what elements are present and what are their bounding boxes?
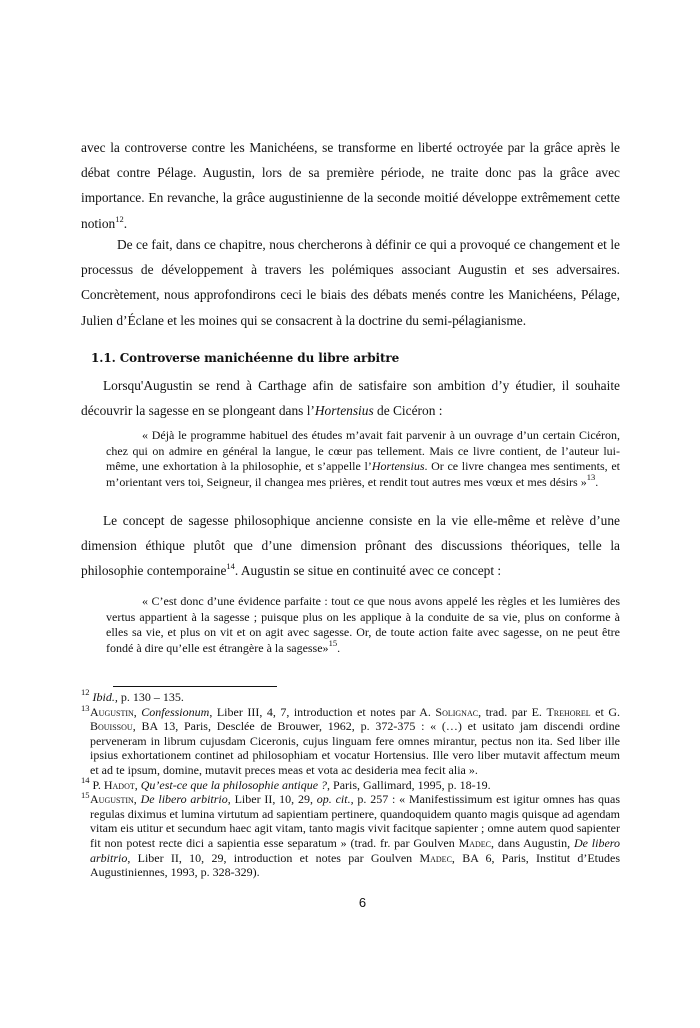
footnote-ref-13[interactable]: 13 xyxy=(587,472,596,482)
block-quote-de-libero-arbitrio: « C’est donc d’une évidence parfaite : t… xyxy=(106,594,620,656)
footnote-13: 13Augustin, Confessionum, Liber III, 4, … xyxy=(81,705,620,778)
footnote-title: Confessionum xyxy=(141,705,209,719)
footnote-name: Solignac xyxy=(435,705,478,719)
footnote-number: 15 xyxy=(81,788,90,803)
quote-text: « C’est donc d’une évidence parfaite : t… xyxy=(106,594,620,655)
paragraph-chapter-aim: De ce fait, dans ce chapitre, nous cherc… xyxy=(81,232,620,333)
paragraph-wisdom-concept: Le concept de sagesse philosophique anci… xyxy=(81,508,620,584)
footnote-text: , Liber II, 10, 29, xyxy=(228,792,317,806)
footnote-number: 14 xyxy=(81,775,90,785)
footnote-title: De libero arbitrio xyxy=(141,792,228,806)
footnote-text: , Liber II, 10, 29, introduction et note… xyxy=(127,851,419,865)
section-heading: 1.1. Controverse manichéenne du libre ar… xyxy=(91,351,399,365)
document-page: avec la controverse contre les Manichéen… xyxy=(0,0,700,1028)
footnote-author: Augustin xyxy=(90,705,134,719)
footnote-text: , Liber III, 4, 7, introduction et notes… xyxy=(209,705,435,719)
footnote-12: 12 Ibid., p. 130 – 135. xyxy=(81,690,620,705)
footnote-text: , BA 13, Paris, Desclée de Brouwer, 1962… xyxy=(90,719,620,777)
footnote-name: Trehorel xyxy=(546,705,590,719)
footnote-text: P. xyxy=(93,778,104,792)
footnote-15: 15Augustin, De libero arbitrio, Liber II… xyxy=(81,792,620,880)
footnotes: 12 Ibid., p. 130 – 135. 13Augustin, Conf… xyxy=(81,690,620,880)
paragraph-text: avec la controverse contre les Manichéen… xyxy=(81,140,620,231)
quote-end: . xyxy=(595,475,598,489)
paragraph-carthage: Lorsqu'Augustin se rend à Carthage afin … xyxy=(81,373,620,423)
footnote-number: 12 xyxy=(81,687,90,697)
italic-title: Hortensius xyxy=(372,459,425,473)
footnote-italic: op. cit., xyxy=(317,792,354,806)
footnote-title: Qu’est-ce que la philosophie antique ? xyxy=(141,778,327,792)
footnote-14: 14 P. Hadot, Qu’est-ce que la philosophi… xyxy=(81,778,620,793)
footnote-name: Madec xyxy=(419,851,451,865)
page-number: 6 xyxy=(0,895,700,910)
footnote-text: , dans Augustin, xyxy=(491,836,574,850)
footnote-author: Augustin xyxy=(90,792,134,806)
paragraph-text-end: de Cicéron : xyxy=(374,403,443,418)
paragraph-text-end: . Augustin se situe en continuité avec c… xyxy=(235,563,501,578)
footnote-italic: Ibid., xyxy=(93,690,118,704)
footnote-sep: , xyxy=(134,792,141,806)
footnote-text: et G. xyxy=(591,705,620,719)
footnote-ref-14[interactable]: 14 xyxy=(226,561,235,571)
footnote-ref-15[interactable]: 15 xyxy=(329,638,338,648)
paragraph-text-end: . xyxy=(124,216,127,231)
footnote-author: Hadot xyxy=(104,778,135,792)
footnote-name: Bouissou xyxy=(90,719,133,733)
footnote-name: Madec xyxy=(459,836,491,850)
footnote-separator xyxy=(113,686,277,687)
footnote-number: 13 xyxy=(81,701,90,716)
quote-end: . xyxy=(337,641,340,655)
footnote-text: , trad. par E. xyxy=(478,705,546,719)
footnote-text: p. 130 – 135. xyxy=(118,690,184,704)
footnote-text: , Paris, Gallimard, 1995, p. 18-19. xyxy=(327,778,491,792)
paragraph-intro: avec la controverse contre les Manichéen… xyxy=(81,135,620,236)
block-quote-confessions: « Déjà le programme habituel des études … xyxy=(106,428,620,490)
footnote-ref-12[interactable]: 12 xyxy=(115,214,124,224)
italic-title: Hortensius xyxy=(315,403,374,418)
